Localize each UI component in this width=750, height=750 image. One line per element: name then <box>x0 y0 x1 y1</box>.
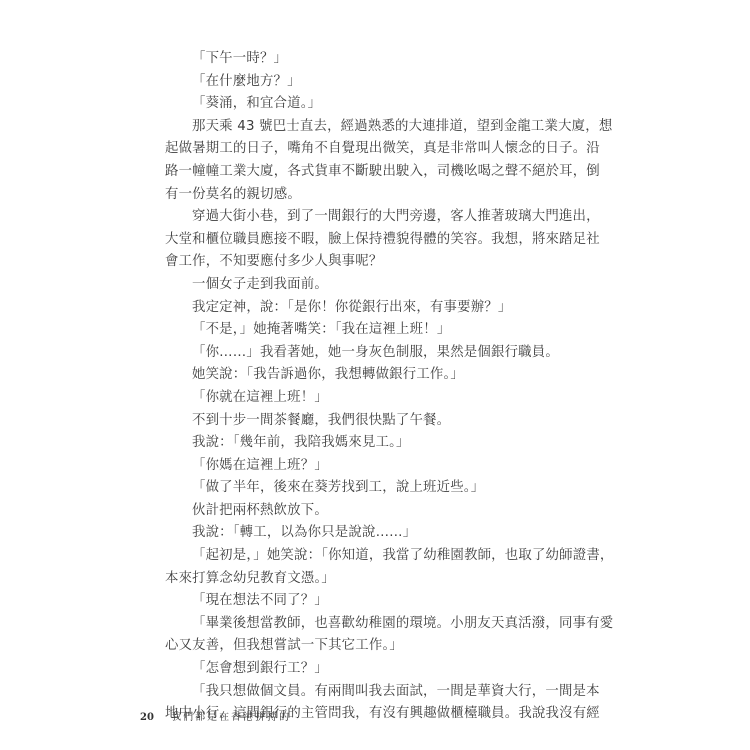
text-line: 我定定神，說：「是你！你從銀行出來，有事要辦？」 <box>165 297 565 320</box>
text-line: 一個女子走到我面前。 <box>165 274 565 297</box>
book-page: 「下午一時？」「在什麼地方？」「葵涌，和宜合道。」那天乘 43 號巴士直去，經過… <box>0 0 750 750</box>
text-line: 我說：「幾年前，我陪我媽來見工。」 <box>165 432 565 455</box>
body-text: 「下午一時？」「在什麼地方？」「葵涌，和宜合道。」那天乘 43 號巴士直去，經過… <box>165 48 565 726</box>
text-line: 「你……」我看著她，她一身灰色制服，果然是個銀行職員。 <box>165 342 565 365</box>
text-line: 「下午一時？」 <box>165 48 565 71</box>
text-line: 「畢業後想當教師，也喜歡幼稚園的環境。小朋友天真活潑，同事有愛 <box>165 613 565 636</box>
page-footer: 20 我們都是在香港拼搏的 <box>140 708 291 723</box>
text-line: 我說：「轉工，以為你只是說說……」 <box>165 522 565 545</box>
text-line: 「不是，」她掩著嘴笑：「我在這裡上班！」 <box>165 319 565 342</box>
text-line: 大堂和櫃位職員應接不暇，臉上保持禮貌得體的笑容。我想，將來踏足社 <box>165 229 565 252</box>
text-line: 不到十步一間茶餐廳，我們很快點了午餐。 <box>165 410 565 433</box>
page-number: 20 <box>140 712 154 723</box>
running-title: 我們都是在香港拼搏的 <box>171 712 291 723</box>
text-line: 本來打算念幼兒教育文憑。」 <box>165 568 565 591</box>
text-line: 「葵涌，和宜合道。」 <box>165 93 565 116</box>
text-line: 伙計把兩杯熱飲放下。 <box>165 500 565 523</box>
text-line: 會工作，不知要應付多少人與事呢？ <box>165 251 565 274</box>
text-line: 有一份莫名的親切感。 <box>165 184 565 207</box>
text-line: 「你媽在這裡上班？」 <box>165 455 565 478</box>
text-line: 那天乘 43 號巴士直去，經過熟悉的大連排道，望到金龍工業大廈，想 <box>165 116 565 139</box>
text-line: 她笑說：「我告訴過你，我想轉做銀行工作。」 <box>165 364 565 387</box>
text-line: 穿過大街小巷，到了一間銀行的大門旁邊，客人推著玻璃大門進出， <box>165 206 565 229</box>
text-line: 「我只想做個文員。有兩間叫我去面試，一間是華資大行，一間是本 <box>165 681 565 704</box>
text-line: 「現在想法不同了？」 <box>165 590 565 613</box>
text-line: 「怎會想到銀行工？」 <box>165 658 565 681</box>
text-line: 「起初是，」她笑說：「你知道，我當了幼稚園教師，也取了幼師證書， <box>165 545 565 568</box>
text-line: 起做暑期工的日子，嘴角不自覺現出微笑，真是非常叫人懷念的日子。沿 <box>165 138 565 161</box>
text-line: 心又友善，但我想嘗試一下其它工作。」 <box>165 635 565 658</box>
text-line: 「你就在這裡上班！」 <box>165 387 565 410</box>
text-line: 「做了半年，後來在葵芳找到工，說上班近些。」 <box>165 477 565 500</box>
text-line: 路一幢幢工業大廈，各式貨車不斷駛出駛入，司機吆喝之聲不絕於耳，倒 <box>165 161 565 184</box>
text-line: 「在什麼地方？」 <box>165 71 565 94</box>
